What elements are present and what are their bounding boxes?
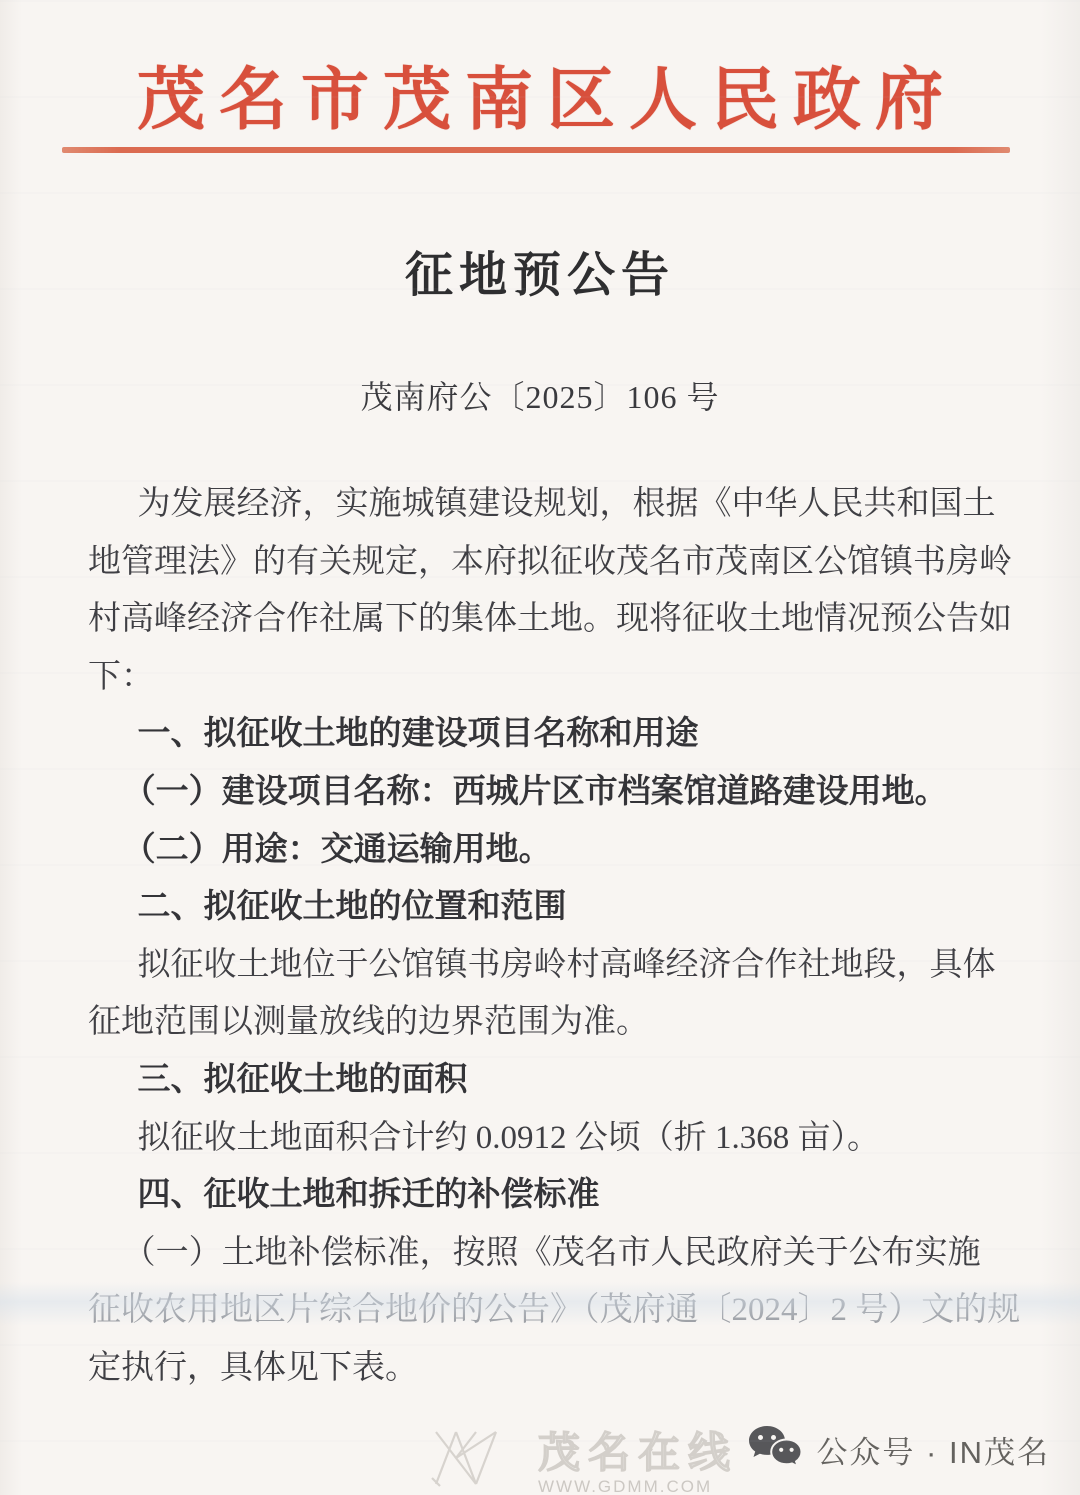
body-line: 定执行，具体见下表。 <box>88 1340 1014 1398</box>
body-heading: 三、拟征收土地的面积 <box>88 1052 1014 1110</box>
body-line: 地管理法》的有关规定，本府拟征收茂名市茂南区公馆镇书房岭 <box>88 534 1014 592</box>
body-heading: 一、拟征收土地的建设项目名称和用途 <box>88 706 1014 764</box>
body-line: 征地范围以测量放线的边界范围为准。 <box>88 994 1014 1052</box>
letterhead-rule <box>62 147 1010 153</box>
wechat-footer-badge: 公众号 · IN茂名 <box>747 1424 1050 1475</box>
document-title: 征地预公告 <box>0 236 1080 305</box>
document-number: 茂南府公〔2025〕106 号 <box>0 372 1080 418</box>
watermark-site-name: 茂名在线 <box>538 1432 738 1474</box>
watermark-text: 茂名在线 WWW.GDMM.COM <box>538 1432 738 1495</box>
scanned-document-page: 茂名市茂南区人民政府 征地预公告 茂南府公〔2025〕106 号 为发展经济，实… <box>0 0 1080 1495</box>
gdmm-crystal-logo-icon <box>430 1420 522 1495</box>
wechat-account-label: 公众号 · IN茂名 <box>816 1427 1050 1472</box>
body-line: 征收农用地区片综合地价的公告》（茂府通〔2024〕2 号）文的规 <box>88 1282 1014 1340</box>
body-line: 为发展经济，实施城镇建设规划，根据《中华人民共和国土 <box>88 476 1014 534</box>
body-line: 拟征收土地面积合计约 0.0912 公顷（折 1.368 亩）。 <box>88 1110 1014 1168</box>
body-line: （一）土地补偿标准，按照《茂名市人民政府关于公布实施 <box>88 1225 1014 1283</box>
body-heading: 四、征收土地和拆迁的补偿标准 <box>88 1167 1014 1225</box>
body-heading: （二）用途：交通运输用地。 <box>88 822 1014 880</box>
wechat-chat-bubbles-icon <box>747 1424 803 1475</box>
document-body: 为发展经济，实施城镇建设规划，根据《中华人民共和国土 地管理法》的有关规定，本府… <box>88 476 1014 1398</box>
watermark-site-url: WWW.GDMM.COM <box>538 1478 738 1495</box>
body-line: 村高峰经济合作社属下的集体土地。现将征收土地情况预公告如 <box>88 591 1014 649</box>
body-line: 下： <box>88 649 1014 707</box>
body-heading: 二、拟征收土地的位置和范围 <box>88 879 1014 937</box>
site-watermark: 茂名在线 WWW.GDMM.COM <box>430 1420 738 1495</box>
body-heading: （一）建设项目名称：西城片区市档案馆道路建设用地。 <box>88 764 1014 822</box>
letterhead-org-name: 茂名市茂南区人民政府 <box>0 46 1080 143</box>
body-line: 拟征收土地位于公馆镇书房岭村高峰经济合作社地段，具体 <box>88 937 1014 995</box>
